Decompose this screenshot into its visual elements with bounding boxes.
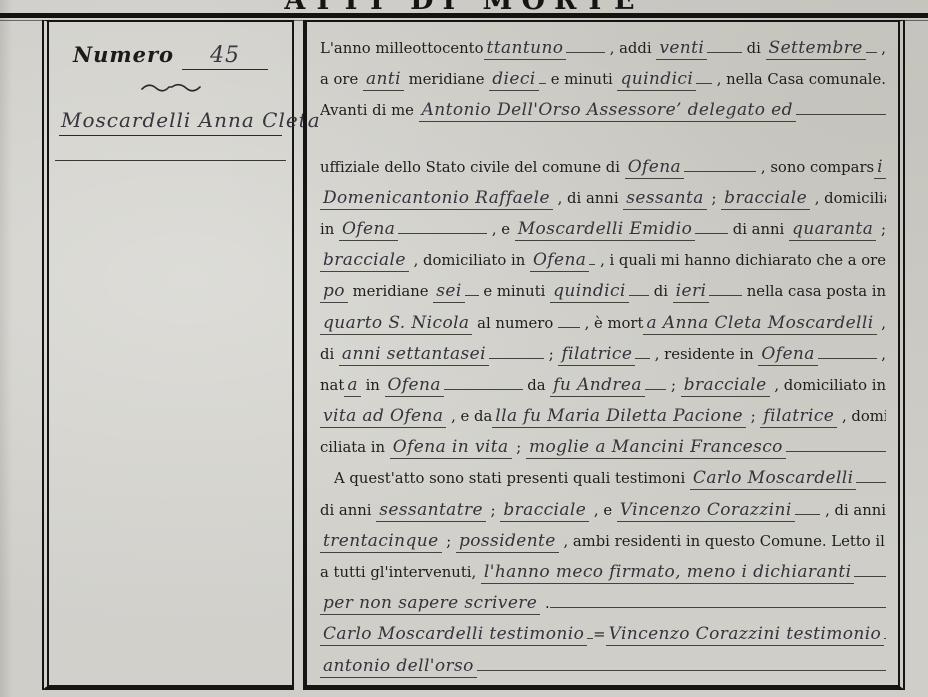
blank-rule	[444, 377, 523, 390]
record-line: ciliata in Ofena in vita ; moglie a Manc…	[320, 437, 886, 468]
printed-text: .	[540, 595, 549, 612]
printed-text: , di anni	[553, 190, 623, 207]
printed-text: in	[361, 377, 385, 394]
numero-row: Numero45	[49, 42, 292, 70]
handwritten-text: possidente	[456, 531, 559, 553]
numero-label: Numero	[73, 42, 174, 67]
handwritten-text: moglie a Mancini Francesco	[526, 437, 786, 459]
handwritten-text: bracciale	[681, 375, 770, 397]
printed-text: di	[649, 283, 673, 300]
record-line: in Ofena , e Moscardelli Emidio di anni …	[320, 219, 886, 250]
handwritten-text: Ofena	[530, 250, 589, 272]
printed-text: ;	[544, 346, 558, 363]
printed-text: a tutti gl'intervenuti,	[320, 564, 481, 581]
printed-text: di	[742, 40, 766, 57]
blank-rule	[645, 377, 666, 390]
printed-text: da	[523, 377, 551, 394]
handwritten-text: fu Andrea	[550, 375, 645, 397]
record-line: nata in Ofena da fu Andrea ; bracciale ,…	[320, 375, 886, 406]
record-line: vita ad Ofena , e dalla fu Maria Diletta…	[320, 406, 886, 437]
printed-text: in	[320, 221, 339, 238]
printed-text: , domi-	[837, 408, 886, 425]
handwritten-text: quindici	[617, 69, 696, 91]
decorative-squiggle-icon	[139, 80, 203, 94]
blank-rule	[707, 40, 742, 53]
printed-text: ;	[442, 533, 456, 550]
printed-text: uffiziale dello Stato civile del comune …	[320, 159, 625, 176]
record-line: per non sapere scrivere .	[320, 593, 886, 624]
record-line: uffiziale dello Stato civile del comune …	[320, 157, 886, 188]
handwritten-text: Vincenzo Corazzini	[617, 500, 795, 522]
printed-text: , i quali mi hanno dichiarato che a ore	[595, 252, 886, 269]
blank-rule	[550, 595, 886, 608]
blank-rule	[489, 346, 544, 359]
blank-rule	[796, 102, 886, 115]
printed-text: , domiciliat	[810, 190, 886, 207]
handwritten-text: po	[320, 281, 348, 303]
handwritten-text: sessantatre	[376, 500, 486, 522]
handwritten-text: sei	[433, 281, 464, 303]
handwritten-text: Ofena	[385, 375, 444, 397]
handwritten-text: ieri	[673, 281, 710, 303]
blank-rule	[786, 439, 886, 452]
handwritten-text: Carlo Moscardelli testimonio	[320, 624, 587, 646]
printed-text: A quest'atto sono stati presenti quali t…	[334, 470, 690, 487]
printed-text: , è mort	[580, 315, 644, 332]
blank-rule	[629, 283, 649, 296]
record-line: di anni settantasei ; filatrice , reside…	[320, 344, 886, 375]
printed-text: L'anno milleottocento	[320, 40, 484, 57]
record-line: L'anno milleottocentottantuno , addi ven…	[320, 38, 886, 69]
printed-text: di	[320, 346, 339, 363]
blank-rule	[477, 658, 886, 671]
record-line: A quest'atto sono stati presenti quali t…	[320, 468, 886, 499]
blank-rule	[566, 40, 605, 53]
printed-text: di anni	[320, 502, 376, 519]
handwritten-text: Ofena	[625, 157, 684, 179]
printed-text: e minuti	[546, 71, 617, 88]
printed-text: ;	[746, 408, 760, 425]
handwritten-text: Vincenzo Corazzini testimonio	[606, 624, 885, 646]
record-name: Moscardelli Anna Cleta	[59, 108, 282, 136]
handwritten-text: Ofena	[758, 344, 817, 366]
printed-text: , di anni	[820, 502, 886, 519]
printed-text: , e	[589, 502, 617, 519]
printed-text: , residente in	[650, 346, 758, 363]
blank-rule	[818, 346, 877, 359]
handwritten-text: quarto S. Nicola	[320, 313, 472, 335]
handwritten-text: Settembre	[766, 38, 866, 60]
record-line: a tutti gl'intervenuti, l'hanno meco fir…	[320, 562, 886, 593]
blank-rule	[558, 315, 580, 328]
printed-text: Avanti di me	[320, 102, 419, 119]
handwritten-text: bracciale	[500, 500, 589, 522]
handwritten-text: bracciale	[721, 188, 810, 210]
blank-rule	[465, 283, 479, 296]
page-title: ATTI DI MORTE	[0, 0, 928, 13]
handwritten-text: Moscardelli Emidio	[515, 219, 696, 241]
record-line: trentacinque ; possidente , ambi residen…	[320, 531, 886, 562]
blank-rule	[695, 221, 728, 234]
margin-rule	[55, 160, 286, 161]
record-line: po meridiane sei e minuti quindici di ie…	[320, 281, 886, 312]
record-line: Carlo Moscardelli testimonio=Vincenzo Co…	[320, 624, 886, 655]
blank-rule	[696, 71, 712, 84]
handwritten-text: bracciale	[320, 250, 409, 272]
numero-value: 45	[182, 43, 268, 70]
printed-text: ,	[877, 315, 886, 332]
printed-text: , e	[487, 221, 515, 238]
blank-rule	[866, 40, 877, 53]
handwritten-text: Domenicantonio Raffaele	[320, 188, 553, 210]
printed-text: , domiciliato in	[770, 377, 886, 394]
printed-text: al numero	[472, 315, 558, 332]
printed-text: di anni	[728, 221, 789, 238]
handwritten-text: lla fu Maria Diletta Pacione	[492, 406, 746, 428]
record-line: antonio dell'orso	[320, 656, 886, 687]
blank-rule	[856, 470, 886, 483]
printed-text: , ambi residenti in questo Comune. Letto…	[559, 533, 886, 550]
handwritten-text: dieci	[489, 69, 538, 91]
printed-text: a ore	[320, 71, 363, 88]
printed-text: ;	[876, 221, 886, 238]
blank-rule	[854, 564, 886, 577]
handwritten-text: Antonio Dell'Orso Assessore’ delegato ed	[419, 100, 796, 122]
printed-text: , e da	[446, 408, 492, 425]
record-line: a ore anti meridiane dieci e minuti quin…	[320, 69, 886, 100]
handwritten-text: quaranta	[789, 219, 876, 241]
printed-text: meridiane	[404, 71, 489, 88]
record-line: quarto S. Nicola al numero , è morta Ann…	[320, 313, 886, 344]
record-line: bracciale , domiciliato in Ofena , i qua…	[320, 250, 886, 281]
handwritten-text: anti	[363, 69, 404, 91]
handwritten-text: venti	[656, 38, 707, 60]
printed-text: , addi	[605, 40, 656, 57]
handwritten-text: Ofena in vita	[390, 437, 512, 459]
record-line: di anni sessantatre ; bracciale , e Vinc…	[320, 500, 886, 531]
handwritten-text: Carlo Moscardelli	[690, 468, 857, 490]
record-line: Domenicantonio Raffaele , di anni sessan…	[320, 188, 886, 219]
blank-rule	[398, 221, 487, 234]
printed-text: , sono compars	[756, 159, 874, 176]
blank-rule	[709, 283, 742, 296]
printed-text: meridiane	[348, 283, 433, 300]
printed-text: =	[593, 626, 605, 643]
printed-text: ;	[486, 502, 500, 519]
handwritten-text: a	[344, 375, 361, 397]
printed-text: , nella Casa comunale.	[712, 71, 886, 88]
handwritten-text: vita ad Ofena	[320, 406, 446, 428]
blank-rule	[795, 502, 821, 515]
handwritten-text: i	[874, 157, 886, 179]
handwritten-text: filatrice	[558, 344, 635, 366]
handwritten-text: trentacinque	[320, 531, 442, 553]
printed-text: nella casa posta in	[742, 283, 886, 300]
blank-rule	[684, 159, 756, 172]
printed-text: e minuti	[479, 283, 550, 300]
handwritten-text: quindici	[550, 281, 629, 303]
printed-text: ;	[512, 439, 526, 456]
printed-text: , domiciliato in	[409, 252, 530, 269]
handwritten-text: l'hanno meco firmato, meno i dichiaranti	[481, 562, 855, 584]
handwritten-text: sessanta	[623, 188, 706, 210]
handwritten-text: ttantuno	[484, 38, 567, 60]
printed-text: ,	[877, 40, 886, 57]
handwritten-text: Ofena	[339, 219, 398, 241]
margin-column: Numero45 Moscardelli Anna Cleta	[42, 20, 294, 690]
blank-rule	[635, 346, 650, 359]
handwritten-text: per non sapere scrivere	[320, 593, 540, 615]
record-line: Avanti di me Antonio Dell'Orso Assessore…	[320, 100, 886, 131]
handwritten-text: filatrice	[760, 406, 837, 428]
printed-text: nat	[320, 377, 344, 394]
printed-text: ;	[707, 190, 721, 207]
handwritten-text: a Anna Cleta Moscardelli	[643, 313, 876, 335]
handwritten-text: antonio dell'orso	[320, 656, 477, 678]
printed-text: ,	[877, 346, 886, 363]
top-rule	[0, 13, 928, 18]
handwritten-text: anni settantasei	[339, 344, 489, 366]
blank-rule	[539, 71, 547, 84]
record-body: L'anno milleottocentottantuno , addi ven…	[303, 20, 905, 690]
printed-text: ;	[666, 377, 680, 394]
blank-rule	[884, 626, 886, 639]
printed-text: ciliata in	[320, 439, 390, 456]
